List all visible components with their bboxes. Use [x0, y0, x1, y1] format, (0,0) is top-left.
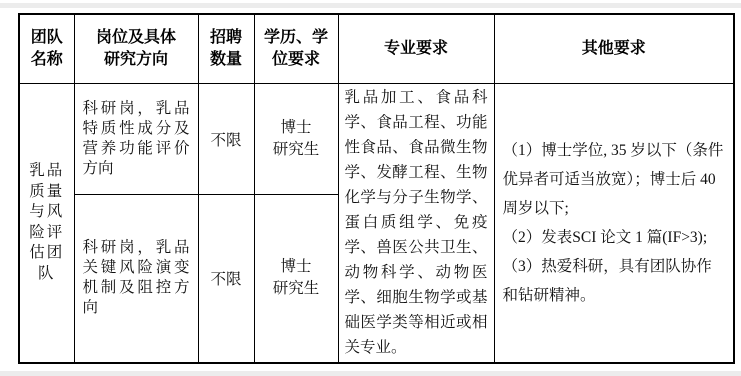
bottom-edge-strip	[0, 371, 741, 376]
cell-count-1: 不限	[198, 83, 254, 194]
table-row: 乳品质量与风险评估团队 科研岗，乳品特质性成分及营养功能评价方向 不限 博士 研…	[19, 83, 734, 194]
other-requirement-item-2: （2）发表SCI 论文 1 篇(IF>3);	[503, 223, 728, 252]
header-team-name: 团队 名称	[19, 14, 74, 83]
other-requirement-item-3: （3）热爱科研，具有团队协作和钻研精神。	[503, 252, 728, 310]
cell-degree-1: 博士 研究生	[254, 83, 338, 194]
header-recruit-count: 招聘 数量	[198, 14, 254, 83]
cell-position-1: 科研岗，乳品特质性成分及营养功能评价方向	[74, 83, 198, 194]
header-major-requirement: 专业要求	[338, 14, 494, 83]
cell-other-requirements: （1）博士学位, 35 岁以下（条件优异者可适当放宽）；博士后 40 周岁以下;…	[494, 83, 734, 363]
cell-degree-2: 博士 研究生	[254, 194, 338, 363]
recruitment-table: 团队 名称 岗位及具体 研究方向 招聘 数量 学历、学 位要求 专业要求 其他要…	[18, 13, 735, 364]
header-row: 团队 名称 岗位及具体 研究方向 招聘 数量 学历、学 位要求 专业要求 其他要…	[19, 14, 734, 83]
cell-count-2: 不限	[198, 194, 254, 363]
header-degree-requirement: 学历、学 位要求	[254, 14, 338, 83]
page: 团队 名称 岗位及具体 研究方向 招聘 数量 学历、学 位要求 专业要求 其他要…	[0, 0, 741, 376]
cell-major-requirements: 乳品加工、食品科学、食品工程、功能性食品、食品微生物学、发酵工程、生物化学与分子…	[338, 83, 494, 363]
cell-team-name: 乳品质量与风险评估团队	[19, 83, 74, 363]
top-edge-strip	[0, 3, 741, 8]
header-other-requirement: 其他要求	[494, 14, 734, 83]
other-requirement-item-1: （1）博士学位, 35 岁以下（条件优异者可适当放宽）；博士后 40 周岁以下;	[503, 136, 728, 223]
header-position-direction: 岗位及具体 研究方向	[74, 14, 198, 83]
cell-position-2: 科研岗，乳品关键风险演变机制及阻控方向	[74, 194, 198, 363]
